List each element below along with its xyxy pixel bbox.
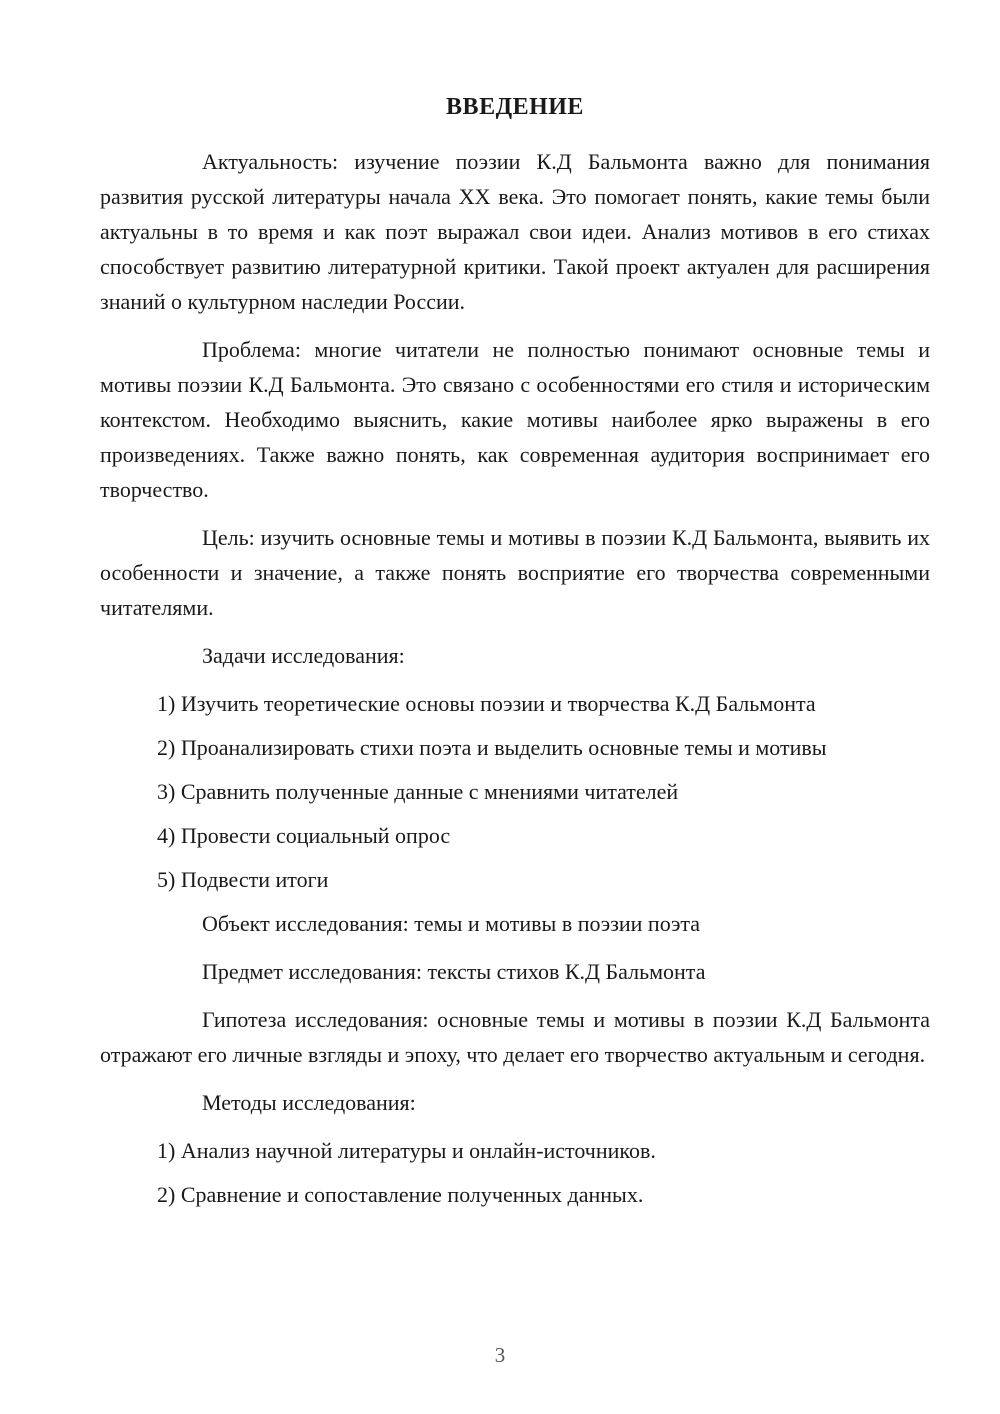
paragraph-subject: Предмет исследования: тексты стихов К.Д …: [100, 954, 930, 989]
task-item-1: 1) Изучить теоретические основы поэзии и…: [100, 686, 930, 721]
paragraph-goal: Цель: изучить основные темы и мотивы в п…: [100, 520, 930, 625]
page-content: ВВЕДЕНИЕ Актуальность: изучение поэзии К…: [0, 0, 1000, 1212]
task-item-5: 5) Подвести итоги: [100, 862, 930, 897]
paragraph-problem: Проблема: многие читатели не полностью п…: [100, 332, 930, 507]
page-title: ВВЕДЕНИЕ: [100, 92, 930, 122]
paragraph-tasks-header: Задачи исследования:: [100, 638, 930, 673]
paragraph-methods-header: Методы исследования:: [100, 1085, 930, 1120]
document-page: ВВЕДЕНИЕ Актуальность: изучение поэзии К…: [0, 0, 1000, 1414]
task-item-3: 3) Сравнить полученные данные с мнениями…: [100, 774, 930, 809]
task-item-4: 4) Провести социальный опрос: [100, 818, 930, 853]
method-item-2: 2) Сравнение и сопоставление полученных …: [100, 1177, 930, 1212]
paragraph-relevance: Актуальность: изучение поэзии К.Д Бальмо…: [100, 144, 930, 319]
paragraph-hypothesis: Гипотеза исследования: основные темы и м…: [100, 1002, 930, 1072]
method-item-1: 1) Анализ научной литературы и онлайн-ис…: [100, 1133, 930, 1168]
page-number: 3: [0, 1344, 1000, 1366]
paragraph-object: Объект исследования: темы и мотивы в поэ…: [100, 906, 930, 941]
task-item-2: 2) Проанализировать стихи поэта и выдели…: [100, 730, 930, 765]
